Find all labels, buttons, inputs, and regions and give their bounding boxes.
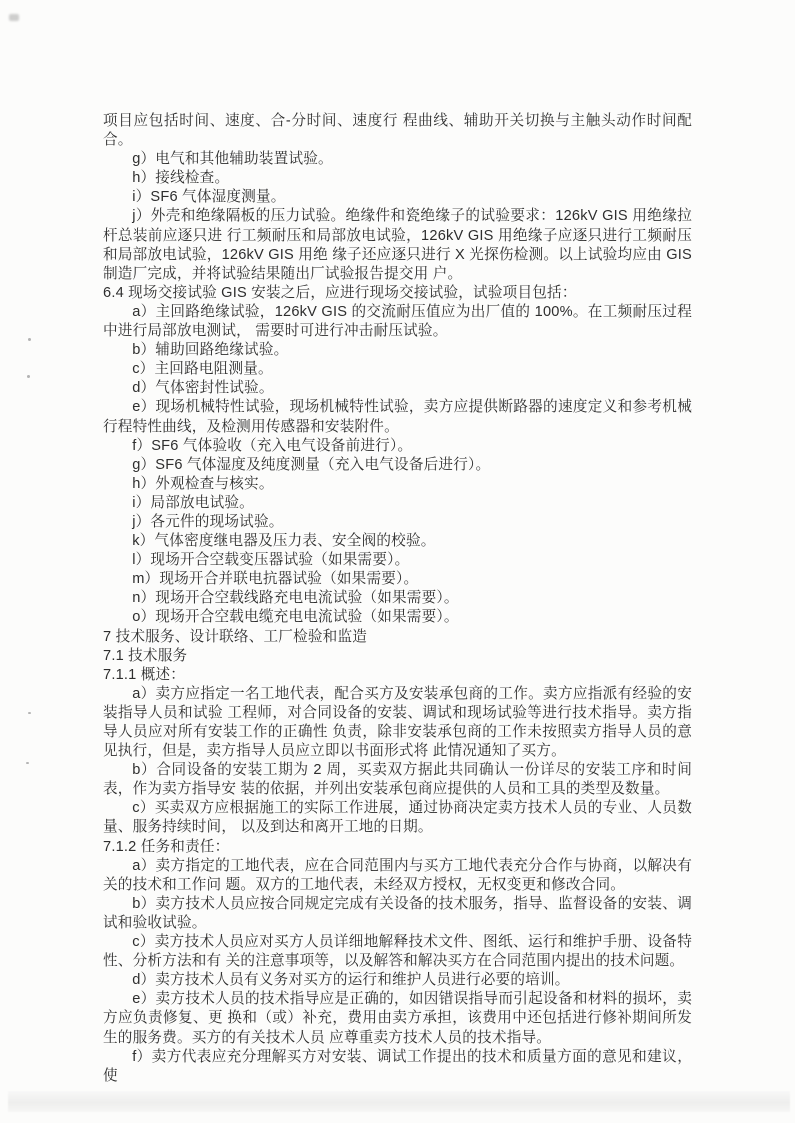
paragraph: h）外观检查与核实。 — [103, 475, 692, 494]
paragraph: b）辅助回路绝缘试验。 — [103, 341, 692, 360]
paragraph: j）外壳和绝缘隔板的压力试验。绝缘件和瓷绝缘子的试验要求：126kV GIS 用… — [103, 207, 692, 283]
paragraph: 项目应包括时间、速度、合-分时间、速度行 程曲线、辅助开关切换与主触头动作时间配… — [103, 112, 692, 150]
section-heading: 7.1.2 任务和责任： — [103, 838, 692, 857]
scan-speck — [28, 338, 31, 341]
paragraph: d）气体密封性试验。 — [103, 379, 692, 398]
paragraph: c）卖方技术人员应对买方人员详细地解释技术文件、图纸、运行和维护手册、设备特性、… — [103, 933, 692, 971]
paragraph: a）卖方指定的工地代表，应在合同范围内与买方工地代表充分合作与协商，以解决有关的… — [103, 857, 692, 895]
paragraph: g）SF6 气体湿度及纯度测量（充入电气设备后进行）。 — [103, 456, 692, 475]
paragraph: e）卖方技术人员的技术指导应是正确的，如因错误指导而引起设备和材料的损坏，卖方应… — [103, 990, 692, 1047]
paragraph: l）现场开合空载变压器试验（如果需要）。 — [103, 551, 692, 570]
scan-speck — [28, 712, 31, 714]
paragraph: g）电气和其他辅助装置试验。 — [103, 150, 692, 169]
paragraph: j）各元件的现场试验。 — [103, 513, 692, 532]
scan-speck — [27, 375, 30, 378]
scan-smudge — [9, 14, 19, 21]
paragraph: n）现场开合空载线路充电电流试验（如果需要）。 — [103, 589, 692, 608]
section-heading: 6.4 现场交接试验 GIS 安装之后，应进行现场交接试验，试验项目包括： — [103, 284, 692, 303]
paragraph: c）买卖双方应根据施工的实际工作进展，通过协商决定卖方技术人员的专业、人员数量、… — [103, 799, 692, 837]
paragraph: o）现场开合空载电缆充电电流试验（如果需要）。 — [103, 608, 692, 627]
paragraph: a）卖方应指定一名工地代表，配合买方及安装承包商的工作。卖方应指派有经验的安装指… — [103, 685, 692, 761]
paragraph: d）卖方技术人员有义务对买方的运行和维护人员进行必要的培训。 — [103, 971, 692, 990]
section-heading: 7.1.1 概述： — [103, 666, 692, 685]
paragraph: a）主回路绝缘试验，126kV GIS 的交流耐压值应为出厂值的 100%。在工… — [103, 303, 692, 341]
paragraph: b）合同设备的安装工期为 2 周，买卖双方据此共同确认一份详尽的安装工序和时间表… — [103, 761, 692, 799]
scan-shadow-band — [8, 1091, 790, 1112]
paragraph: c）主回路电阻测量。 — [103, 360, 692, 379]
paragraph: i）SF6 气体湿度测量。 — [103, 188, 692, 207]
document-text: 项目应包括时间、速度、合-分时间、速度行 程曲线、辅助开关切换与主触头动作时间配… — [103, 112, 692, 1086]
paragraph: m）现场开合并联电抗器试验（如果需要）。 — [103, 570, 692, 589]
paragraph: f）SF6 气体验收（充入电气设备前进行）。 — [103, 437, 692, 456]
paragraph: h）接线检查。 — [103, 169, 692, 188]
scan-speck — [26, 762, 29, 764]
scanned-page: 项目应包括时间、速度、合-分时间、速度行 程曲线、辅助开关切换与主触头动作时间配… — [0, 0, 795, 1123]
paragraph: e）现场机械特性试验，现场机械特性试验，卖方应提供断路器的速度定义和参考机械行程… — [103, 398, 692, 436]
paragraph: b）卖方技术人员应按合同规定完成有关设备的技术服务，指导、监督设备的安装、调试和… — [103, 895, 692, 933]
section-heading: 7.1 技术服务 — [103, 647, 692, 666]
paragraph: i）局部放电试验。 — [103, 494, 692, 513]
section-heading: 7 技术服务、设计联络、工厂检验和监造 — [103, 628, 692, 647]
paragraph: f）卖方代表应充分理解买方对安装、调试工作提出的技术和质量方面的意见和建议，使 — [103, 1048, 692, 1086]
paragraph: k）气体密度继电器及压力表、安全阀的校验。 — [103, 532, 692, 551]
